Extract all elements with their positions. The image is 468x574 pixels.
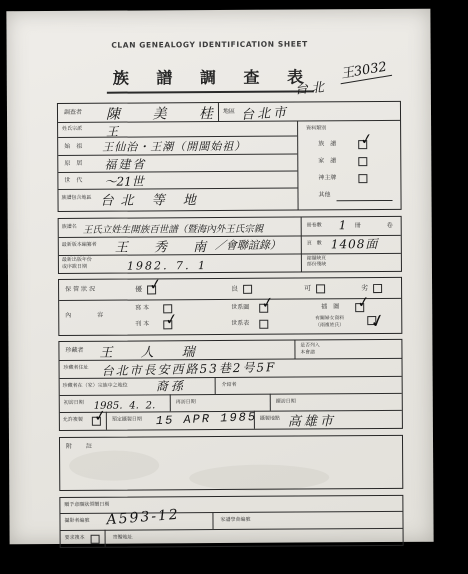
keep-option-label: 優 xyxy=(135,285,142,293)
check-icon: ✓ xyxy=(260,293,275,313)
generations-value: ～21世 xyxy=(104,172,143,189)
compiler-value: 王 秀 南 xyxy=(115,236,217,256)
cell-divider xyxy=(170,394,171,411)
cell-divider xyxy=(297,121,299,210)
area-value: 台北市 xyxy=(240,101,289,123)
check-icon: ✓ xyxy=(148,275,163,295)
ancestor-label: 始祖 xyxy=(64,144,88,151)
check-icon: ✓ xyxy=(359,129,374,149)
category-other-label: 其他 xyxy=(318,192,330,199)
position-value: 裔孫 xyxy=(156,377,186,394)
content-checkbox-women-data: ✓ xyxy=(367,316,376,325)
footer-table: 贈予意願狀領贈日期 攝影者編號 A593-12 家譜學會編號 要求複本 寄贈地址 xyxy=(59,495,403,548)
category-checkbox-zupu: ✓ xyxy=(358,140,367,149)
keep-checkbox-good xyxy=(243,285,252,294)
category-checkbox-tablet xyxy=(358,174,367,183)
listed-label-line2: 本會譜 xyxy=(300,350,314,356)
check-icon: ✓ xyxy=(368,309,388,333)
category-option-label: 神主牌 xyxy=(318,175,336,182)
position-label: 珍藏者在（家）宗族中之地位 xyxy=(63,384,128,390)
publication-table: 族譜名 王氏立姓生開族百世譜（暨海內外王氏宗親 最新版本編纂者 王 秀 南 ／會… xyxy=(58,216,402,274)
cell-divider xyxy=(105,530,106,547)
content-option-label: 有關婦女資料 xyxy=(315,316,344,322)
pages-value: 1408面 xyxy=(331,235,379,252)
category-option-label: 家 譜 xyxy=(318,158,336,165)
missing-label-line2: 部份殘缺 xyxy=(307,262,326,268)
pubdate-label-line1: 最新出版年份 xyxy=(62,258,92,264)
volumes-label: 冊卷數 xyxy=(307,223,322,229)
missing-label-line1: 縮攝缺頁 xyxy=(307,256,326,262)
keep-label: 保管狀況 xyxy=(65,287,97,294)
row-divider xyxy=(60,393,402,396)
content-option-label: 世系圖 xyxy=(231,305,249,312)
second-visit-label: 再訪日期 xyxy=(176,400,196,406)
notes-label: 附 註 xyxy=(66,444,96,451)
listed-label-line1: 是否列入 xyxy=(300,343,319,349)
content-option-label: 世系表 xyxy=(231,321,249,328)
cell-divider xyxy=(270,394,271,411)
content-label: 內 容 xyxy=(65,313,113,320)
cell-divider xyxy=(215,377,216,394)
permission-label: 允許複製 xyxy=(63,418,83,424)
compiler-value-continued: ／會聯誼錄） xyxy=(215,237,281,253)
category-option-label: 族 譜 xyxy=(318,141,336,148)
condition-table: 保管狀況 優 ✓ 良 可 劣 內 容 寫 本 世系圖 ✓ 插 圖 ✓ 刊 本 ✓… xyxy=(58,277,402,336)
content-checkbox-illustrations: ✓ xyxy=(355,303,364,312)
third-visit-label: 續訪日期 xyxy=(276,400,296,406)
check-icon: ✓ xyxy=(93,406,108,426)
first-visit-label: 初訪日期 xyxy=(64,401,84,407)
keep-option-label: 可 xyxy=(304,284,311,292)
content-option-label: 刊 本 xyxy=(135,321,149,328)
cell-divider xyxy=(212,512,213,529)
keep-checkbox-excellent: ✓ xyxy=(147,285,156,294)
photographer-label: 攝影者編號 xyxy=(64,519,89,525)
row-divider xyxy=(58,171,297,173)
volumes-unit-ce: 冊 xyxy=(355,223,361,230)
info-table: 調查者 陳 美 桂 地區 台北市 姓氏宗派 王 始祖 王仙治・王潮（開閩始祖） … xyxy=(57,101,402,212)
surname-label: 姓氏宗派 xyxy=(62,127,82,133)
film-date-label: 預定攝製日期 xyxy=(112,417,142,423)
notes-box: 附 註 xyxy=(59,435,403,491)
category-checkbox-jiapu xyxy=(358,157,367,166)
society-number-label: 家譜學會編號 xyxy=(220,518,250,524)
check-icon: ✓ xyxy=(164,309,179,329)
content-option-sublabel: （兩複姓氏） xyxy=(315,323,344,329)
content-option-label: 插 圖 xyxy=(321,304,339,311)
cell-divider xyxy=(294,341,295,359)
keep-option-label: 良 xyxy=(231,285,238,293)
pages-label: 頁 數 xyxy=(307,241,322,247)
pubdate-value: 1982．7．1 xyxy=(127,257,207,273)
handwritten-number: 王3032 xyxy=(337,55,392,84)
surveyor-value: 陳 美 桂 xyxy=(106,103,227,124)
send-address-label: 寄贈地址 xyxy=(113,536,133,542)
row-divider xyxy=(59,298,401,301)
title-value: 王氏立姓生開族百世譜（暨海內外王氏宗親 xyxy=(83,221,264,236)
origin-value: 福建省 xyxy=(104,155,146,172)
area-label: 地區 xyxy=(223,109,235,116)
keep-checkbox-poor xyxy=(373,284,382,293)
holder-value: 王 人 瑞 xyxy=(99,341,206,361)
collector-table: 珍藏者 王 人 瑞 是否列入 本會譜 珍藏者住址 台北市長安西路53巷2号5F … xyxy=(58,339,403,431)
scanned-form-paper: CLAN GENEALOGY IDENTIFICATION SHEET 族 譜 … xyxy=(6,9,433,545)
volumes-unit-juan: 卷 xyxy=(387,223,393,230)
keep-checkbox-fair xyxy=(316,284,325,293)
volumes-value: 1 xyxy=(339,218,347,232)
english-title: CLAN GENEALOGY IDENTIFICATION SHEET xyxy=(65,39,355,50)
permission-checkbox: ✓ xyxy=(92,417,101,426)
copy-request-checkbox xyxy=(91,535,100,544)
introducer-label: 介紹者 xyxy=(222,383,237,389)
form-title: 族 譜 調 查 表 xyxy=(107,64,314,93)
surname-value: 王 xyxy=(106,123,118,140)
coverage-label: 族譜包含地區 xyxy=(62,196,92,202)
origin-label: 原居 xyxy=(64,161,88,168)
film-date-stamp: 15 APR 1985 xyxy=(156,410,258,428)
film-place-label: 攝製地點 xyxy=(260,417,280,423)
category-title: 資料類別 xyxy=(306,126,326,132)
compiler-label: 最新版本編纂者 xyxy=(62,243,97,249)
generations-label: 世代 xyxy=(64,178,88,185)
holder-label: 珍藏者 xyxy=(65,348,83,355)
handwritten-city: 台北 xyxy=(294,76,327,97)
title-label: 族譜名 xyxy=(62,225,77,231)
donation-date-label: 贈予意願狀領贈日期 xyxy=(64,503,109,509)
photographer-value: A593-12 xyxy=(106,507,180,529)
row-divider xyxy=(61,528,403,531)
holder-address-label: 珍藏者住址 xyxy=(64,366,89,372)
cell-divider xyxy=(301,218,302,272)
content-checkbox-printed: ✓ xyxy=(163,320,172,329)
content-checkbox-lineage-table xyxy=(259,320,268,329)
film-place-value: 高雄市 xyxy=(288,410,336,429)
ancestor-value: 王仙治・王潮（開閩始祖） xyxy=(102,138,246,155)
surveyor-label: 調查者 xyxy=(64,110,82,117)
content-checkbox-lineage-chart: ✓ xyxy=(259,304,268,313)
other-blank-line xyxy=(337,200,393,201)
pubdate-label-line2: 或序跋日期 xyxy=(62,265,87,271)
check-icon: ✓ xyxy=(356,292,371,312)
content-option-label: 寫 本 xyxy=(135,305,149,312)
copy-request-label: 要求複本 xyxy=(65,536,85,542)
row-divider xyxy=(59,253,401,256)
keep-option-label: 劣 xyxy=(361,284,368,292)
coverage-value: 台北 等 地 xyxy=(100,189,202,209)
